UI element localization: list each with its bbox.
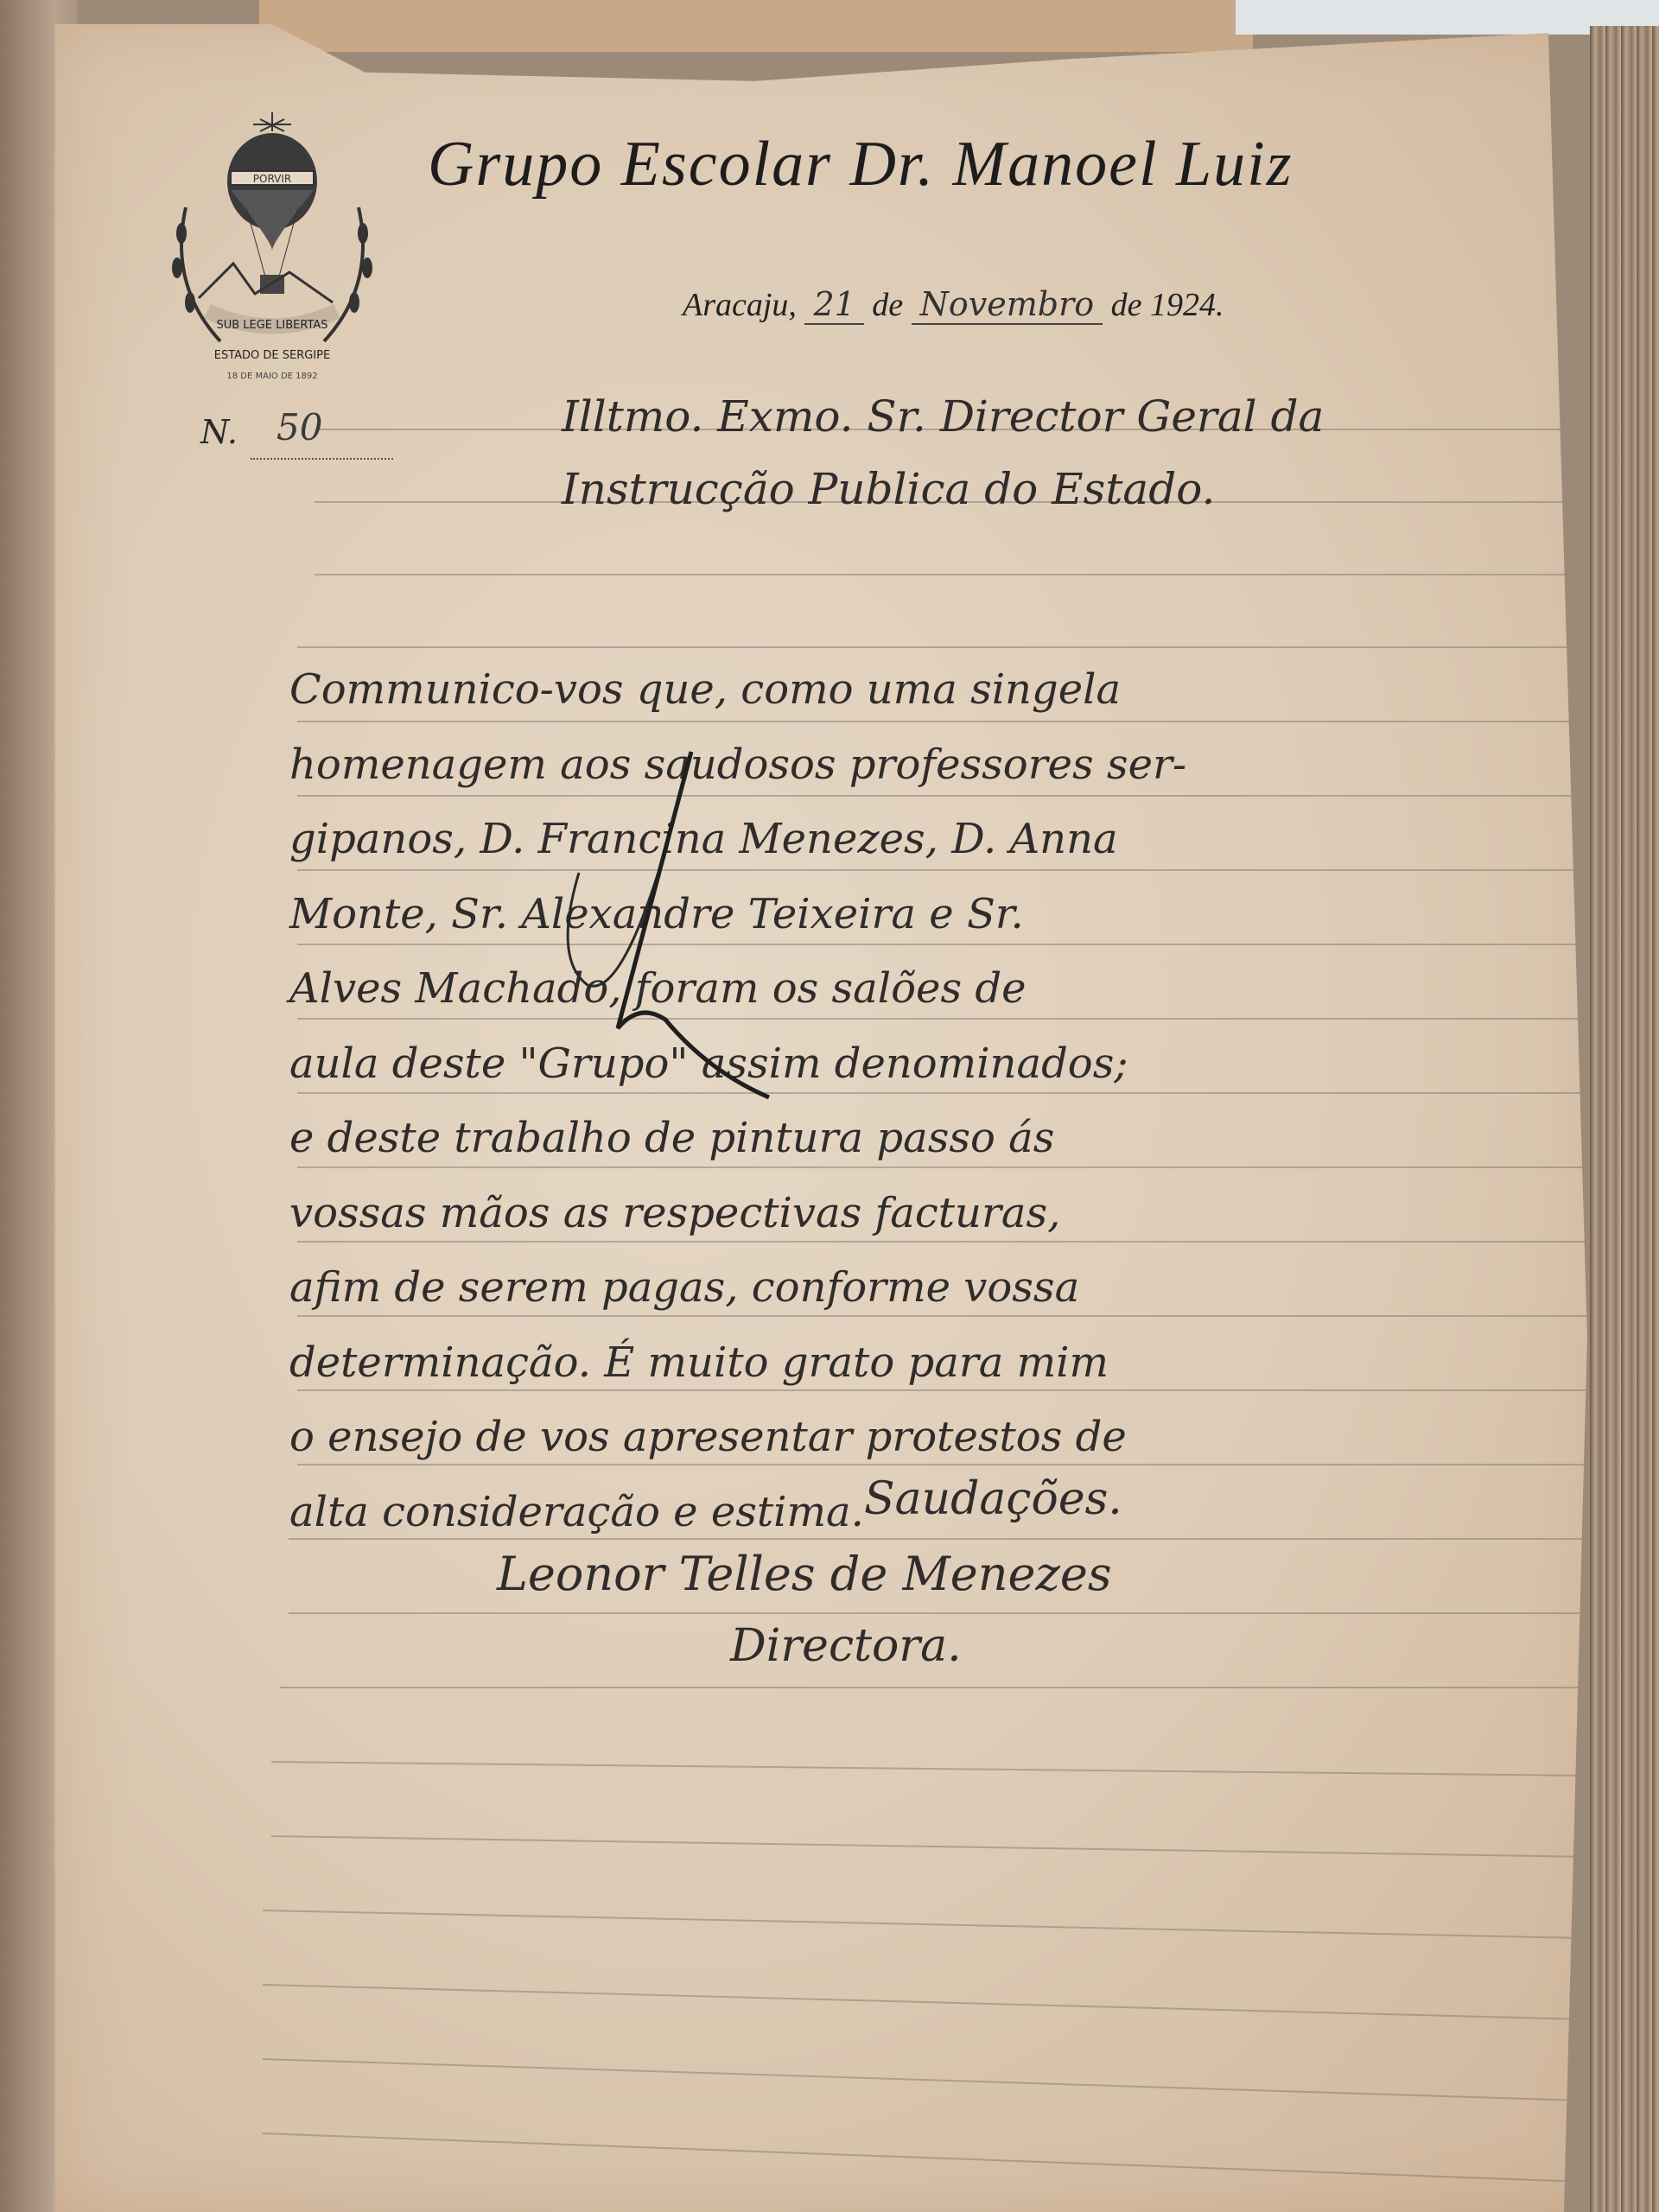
letter-body: Communico-vos que, como uma singela home…: [289, 652, 1568, 1549]
svg-text:ESTADO DE SERGIPE: ESTADO DE SERGIPE: [214, 349, 330, 362]
background-paper-stack: [1590, 26, 1659, 2212]
ruled-line: [271, 1835, 1593, 1858]
svg-text:18 DE MAIO DE 1892: 18 DE MAIO DE 1892: [226, 372, 317, 381]
body-line: gipanos, D. Francina Menezes, D. Anna: [289, 802, 1568, 877]
document-number-value: 50: [276, 406, 322, 448]
body-line: Alves Machado, foram os salões de: [289, 951, 1568, 1027]
document-number-label: N.: [200, 413, 238, 451]
school-letterhead-title: Grupo Escolar Dr. Manoel Luiz: [428, 128, 1294, 201]
body-line: e deste trabalho de pintura passo ás: [289, 1101, 1568, 1176]
ruled-line: [263, 2133, 1592, 2183]
number-underline: [251, 458, 393, 460]
ruled-line: [289, 1612, 1593, 1614]
ruled-line: [263, 2058, 1592, 2101]
ruled-line: [263, 1910, 1593, 1939]
body-line: vossas mãos as respectivas facturas,: [289, 1176, 1568, 1251]
balloon-crest-icon: PORVIR SUB LEGE LIBERTAS ESTADO DE SERGI…: [160, 112, 385, 389]
pen-mark-icon: [536, 743, 795, 1106]
svg-text:PORVIR: PORVIR: [253, 173, 291, 185]
date-city: Aracaju,: [683, 287, 797, 323]
addressee-line: Illtmo. Exmo. Sr. Director Geral da: [562, 380, 1324, 453]
date-year: 1924.: [1150, 287, 1224, 323]
background-top-folder: [259, 0, 1253, 52]
date-month: Novembro: [912, 285, 1103, 325]
ruled-line: [315, 574, 1593, 575]
addressee-line: Instrucção Publica do Estado.: [562, 453, 1324, 525]
body-line: homenagem aos saudosos professores ser-: [289, 728, 1568, 803]
ruled-line: [271, 1761, 1593, 1777]
dateline: Aracaju, 21 de Novembro de 1924.: [683, 285, 1224, 324]
body-line: aula deste "Grupo" assim denominados;: [289, 1027, 1568, 1102]
svg-text:SUB LEGE LIBERTAS: SUB LEGE LIBERTAS: [216, 319, 327, 332]
ruled-line: [280, 1687, 1593, 1688]
body-line: Monte, Sr. Alexandre Teixeira e Sr.: [289, 877, 1568, 952]
addressee-block: Illtmo. Exmo. Sr. Director Geral da Inst…: [562, 380, 1324, 525]
date-de: de: [1111, 287, 1142, 323]
ruled-line: [297, 646, 1593, 648]
body-line: o ensejo de vos apresentar protestos de: [289, 1400, 1568, 1475]
date-day: 21: [804, 285, 863, 325]
body-line: Communico-vos que, como uma singela: [289, 652, 1568, 728]
signature: Leonor Telles de Menezes: [497, 1547, 1112, 1601]
date-de: de: [872, 287, 903, 323]
ruled-line: [263, 1984, 1593, 2020]
body-line: determinação. É muito grato para mim: [289, 1325, 1568, 1401]
signatory-role: Directora.: [730, 1620, 962, 1672]
closing-salutation: Saudações.: [864, 1473, 1122, 1525]
body-line: afim de serem pagas, conforme vossa: [289, 1250, 1568, 1325]
